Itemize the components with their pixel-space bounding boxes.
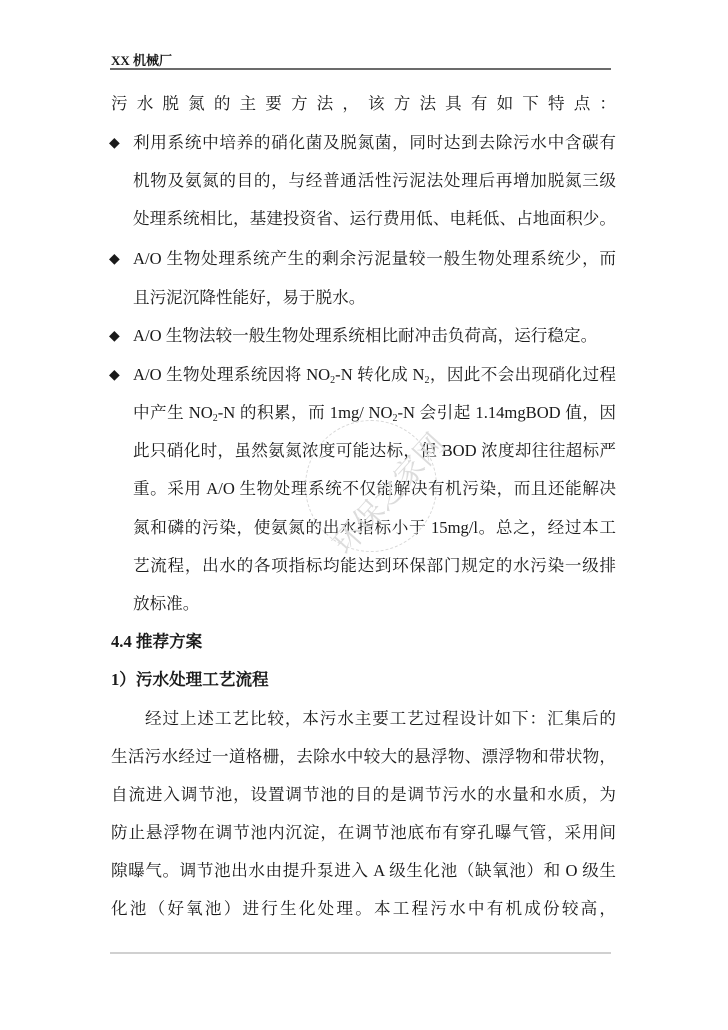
bullet-diamond-icon: ◆ [109, 364, 120, 386]
text-run: -N 转化成 N [335, 365, 424, 384]
bullet-diamond-icon: ◆ [109, 325, 120, 347]
bullet-4-line-1: A/O 生物处理系统因将 NO2-N 转化成 N2，因此不会出现硝化过程 [133, 364, 616, 386]
bullet-2-line-1: A/O 生物处理系统产生的剩余污泥量较一般生物处理系统少，而 [133, 248, 616, 270]
bullet-4-line-2: 中产生 NO2-N 的积累，而 1mg/ NO2-N 会引起 1.14mgBOD… [133, 402, 616, 424]
paragraph-line-1: 经过上述工艺比较，本污水主要工艺过程设计如下：汇集后的 [145, 708, 616, 730]
paragraph-line-2: 生活污水经过一道格栅，去除水中较大的悬浮物、漂浮物和带状物， [111, 746, 616, 768]
bullet-4-line-4: 重。采用 A/O 生物处理系统不仅能解决有机污染，而且还能解决 [133, 478, 616, 500]
bullet-1-line-2: 机物及氨氮的目的，与经普通活性污泥法处理后再增加脱氮三级 [133, 170, 616, 192]
bullet-diamond-icon: ◆ [109, 132, 120, 154]
paragraph-line-5: 隙曝气。调节池出水由提升泵进入 A 级生化池（缺氧池）和 O 级生 [111, 860, 616, 882]
bullet-2-line-2: 且污泥沉降性能好，易于脱水。 [133, 287, 616, 309]
text-run: A/O 生物处理系统因将 NO [133, 365, 330, 384]
paragraph-line-6: 化池（好氧池）进行生化处理。本工程污水中有机成份较高， [111, 898, 616, 920]
document-page: XX 机械厂 污水脱氮的主要方法，该方法具有如下特点： ◆ 利用系统中培养的硝化… [0, 0, 728, 1030]
text-run: 中产生 NO [133, 403, 213, 422]
page-header-title: XX 机械厂 [111, 50, 172, 69]
bullet-diamond-icon: ◆ [109, 248, 120, 270]
bullet-1-line-1: 利用系统中培养的硝化菌及脱氮菌，同时达到去除污水中含碳有 [133, 132, 616, 154]
bullet-3-line-1: A/O 生物法较一般生物处理系统相比耐冲击负荷高，运行稳定。 [133, 325, 616, 347]
bullet-4-line-3: 此只硝化时，虽然氨氮浓度可能达标，但 BOD 浓度却往往超标严 [133, 440, 616, 462]
subsection-heading: 1）污水处理工艺流程 [111, 669, 616, 691]
footer-rule [110, 952, 611, 954]
header-rule [110, 68, 611, 70]
text-run: -N 会引起 1.14mgBOD 值，因 [397, 403, 616, 422]
bullet-4-line-7: 放标准。 [133, 593, 616, 615]
text-run: -N 的积累，而 1mg/ NO [218, 403, 393, 422]
bullet-4-line-6: 艺流程，出水的各项指标均能达到环保部门规定的水污染一级排 [133, 555, 616, 577]
intro-line: 污水脱氮的主要方法，该方法具有如下特点： [111, 93, 616, 115]
bullet-1-line-3: 处理系统相比，基建投资省、运行费用低、电耗低、占地面积少。 [133, 208, 616, 230]
paragraph-line-4: 防止悬浮物在调节池内沉淀，在调节池底布有穿孔曝气管，采用间 [111, 822, 616, 844]
text-run: ，因此不会出现硝化过程 [430, 365, 616, 384]
bullet-4-line-5: 氮和磷的污染，使氨氮的出水指标小于 15mg/l。总之，经过本工 [133, 517, 616, 539]
section-heading: 4.4 推荐方案 [111, 631, 616, 653]
paragraph-line-3: 自流进入调节池，设置调节池的目的是调节污水的水量和水质，为 [111, 784, 616, 806]
